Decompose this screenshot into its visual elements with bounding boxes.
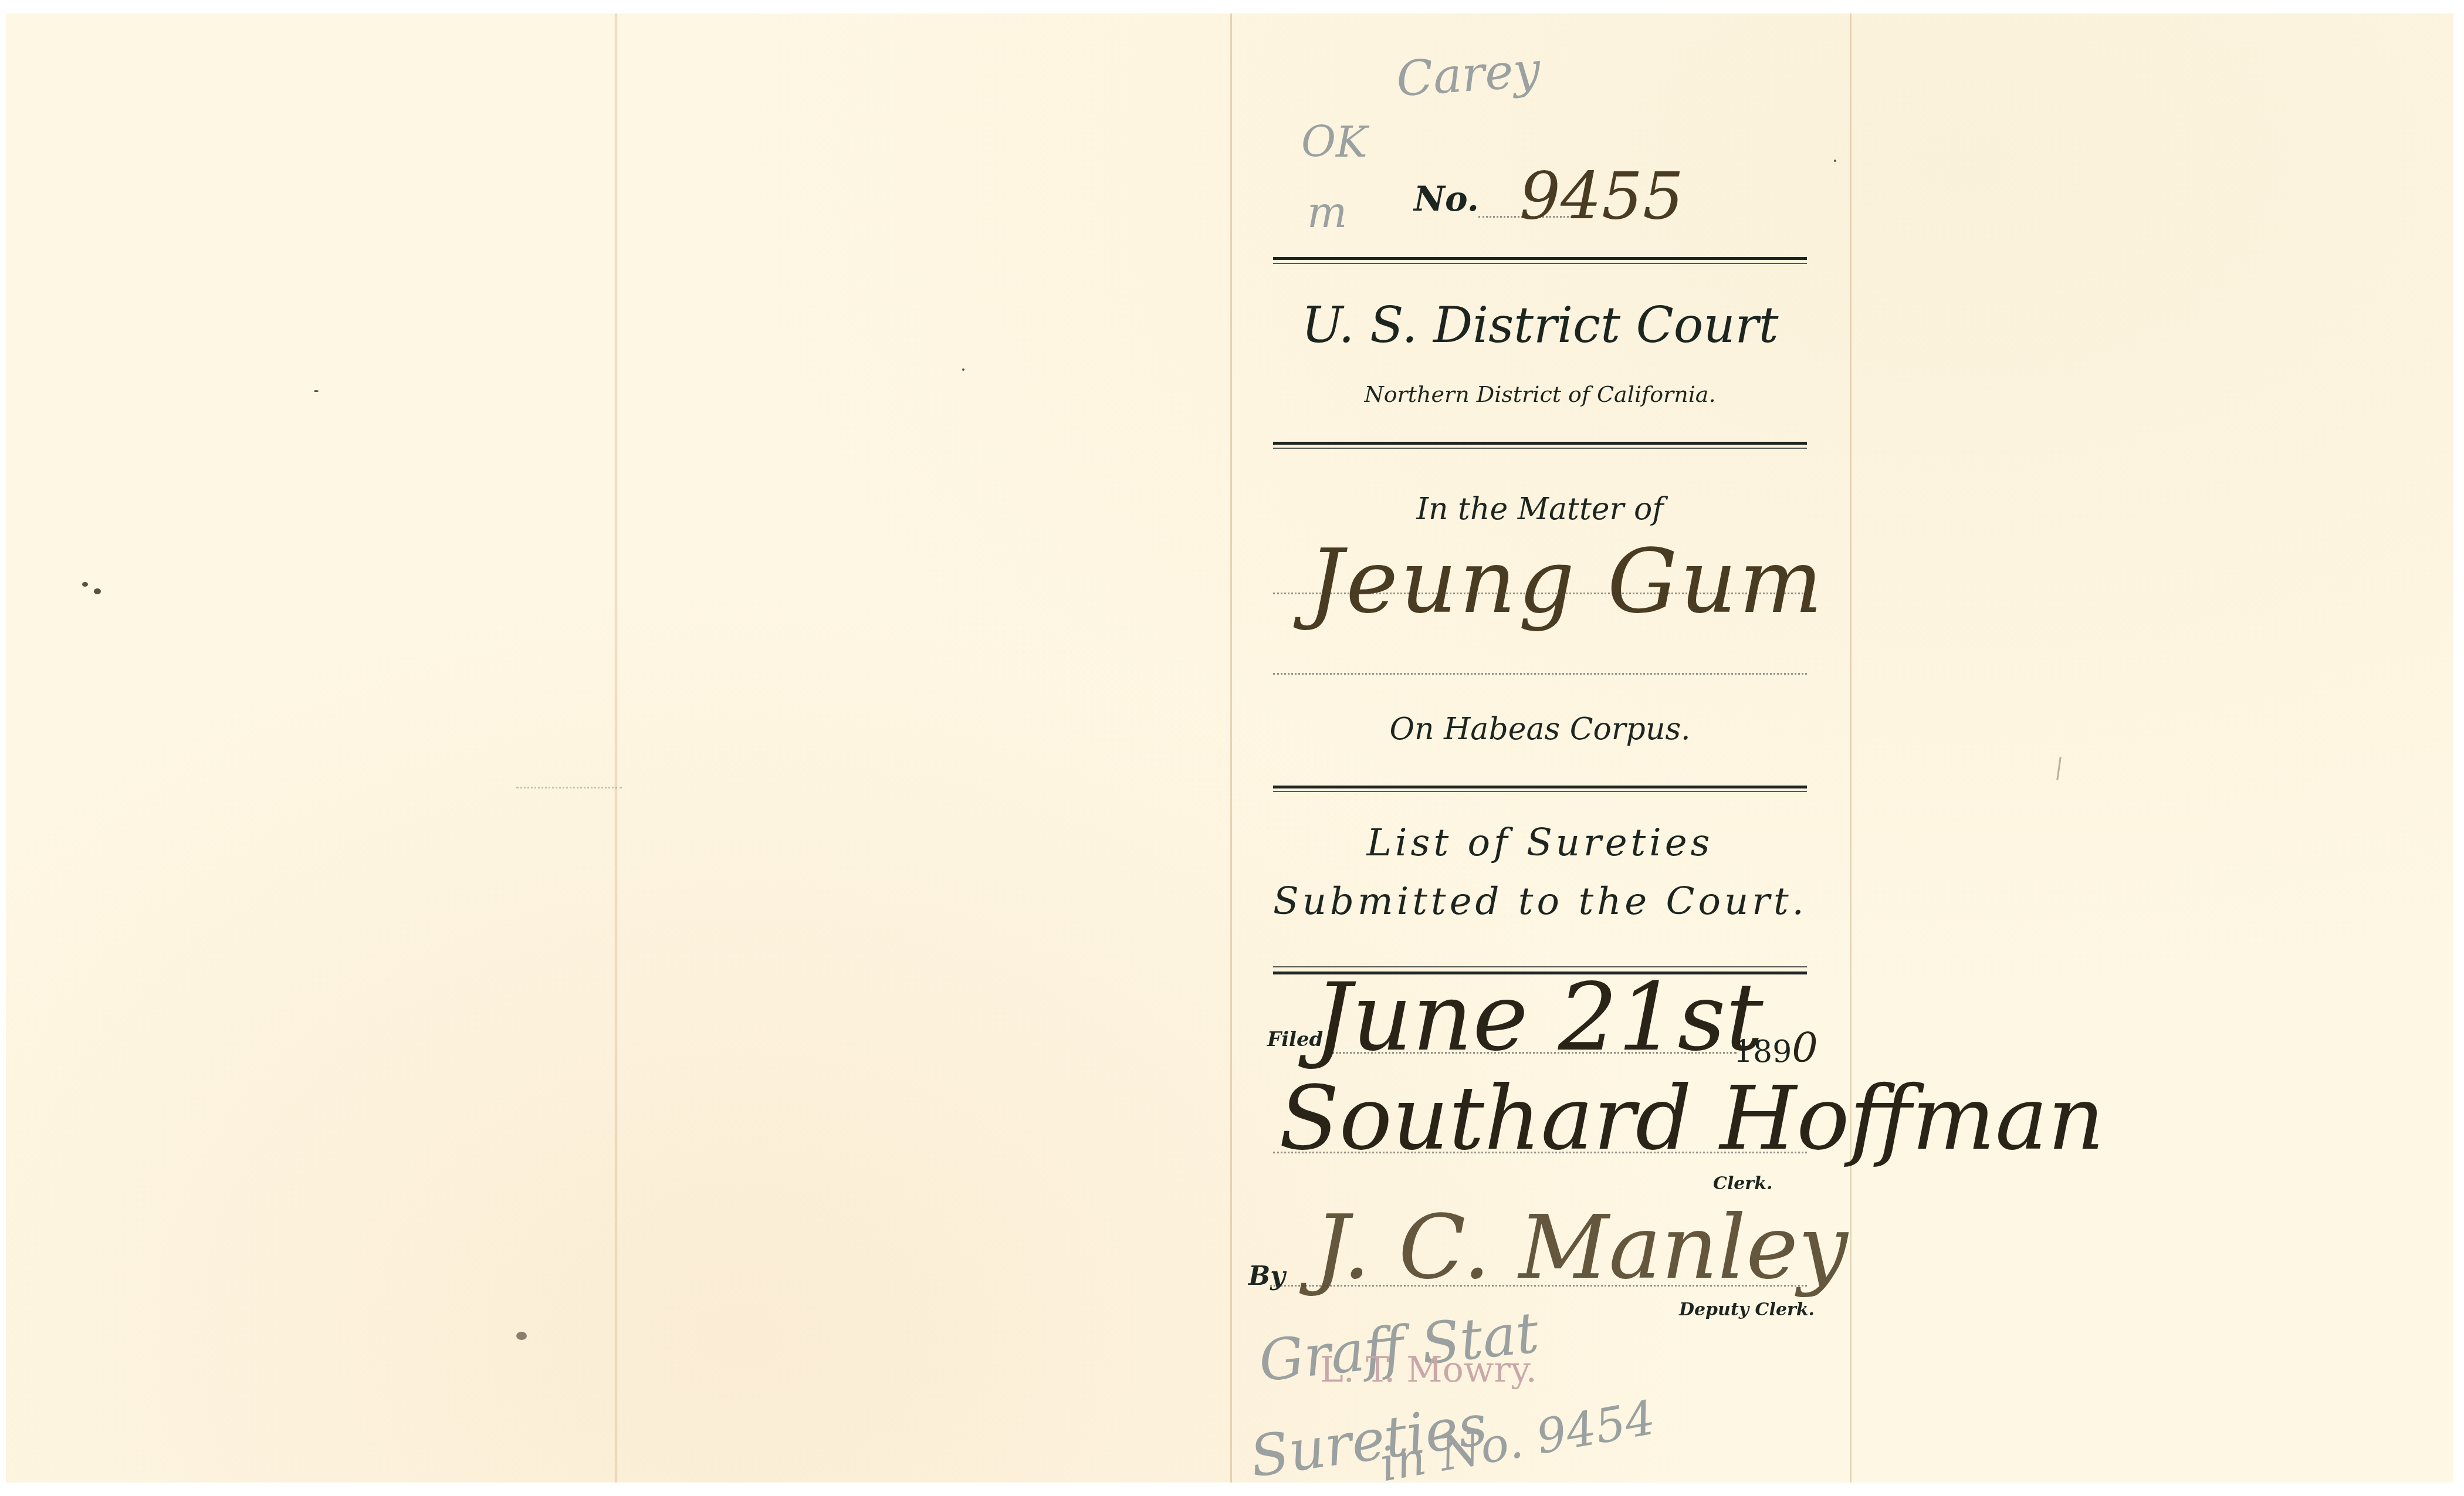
filed-year-handwritten: 0 — [1792, 1024, 1818, 1072]
party-name-line-1 — [1273, 593, 1807, 594]
pencil-name-annotation: Carey — [1395, 42, 1542, 108]
fold-line-2 — [1230, 13, 1232, 1483]
stain-speck — [1834, 160, 1836, 162]
court-title: U. S. District Court — [1273, 296, 1807, 354]
stain-speck — [516, 1332, 527, 1340]
rule — [1273, 263, 1807, 264]
stain-speck — [314, 390, 319, 392]
pencil-ok-mark: OK — [1301, 117, 1368, 167]
document-paper — [6, 13, 2453, 1483]
rule — [1273, 257, 1807, 260]
stain-speck — [82, 582, 88, 587]
filed-date-handwritten: June 21st — [1314, 962, 1764, 1072]
rule — [1273, 442, 1807, 445]
rule — [1273, 448, 1807, 449]
faint-dotted-mark — [516, 787, 622, 788]
court-district: Northern District of California. — [1273, 381, 1807, 407]
document-title-line-2: Submitted to the Court. — [1273, 880, 1807, 923]
clerk-signature: Southard Hoffman — [1279, 1068, 2104, 1170]
party-name-line-2 — [1273, 673, 1807, 675]
case-number-label: No. — [1414, 179, 1479, 219]
stain-speck — [94, 588, 101, 594]
by-label: By — [1248, 1261, 1285, 1291]
filed-year-printed: 189 — [1734, 1034, 1792, 1069]
stamp-name: L. T. Mowry. — [1320, 1349, 1537, 1390]
party-name-handwritten: Jeung Gum — [1308, 531, 1825, 633]
document-title-line-1: List of Sureties — [1273, 821, 1807, 865]
stain-speck — [962, 368, 964, 371]
deputy-clerk-label: Deputy Clerk. — [1679, 1299, 1815, 1320]
pencil-initial-mark: m — [1307, 188, 1347, 237]
rule — [1273, 791, 1807, 792]
proceeding-type: On Habeas Corpus. — [1273, 712, 1807, 747]
fold-line-3 — [1850, 13, 1852, 1483]
clerk-label: Clerk. — [1713, 1173, 1772, 1194]
filed-year: 1890 — [1734, 1024, 1818, 1072]
fold-line-1 — [614, 13, 618, 1483]
rule — [1273, 786, 1807, 788]
deputy-signature: J. C. Manley — [1314, 1197, 1848, 1299]
matter-label: In the Matter of — [1273, 492, 1807, 527]
case-number-value: 9455 — [1519, 158, 1684, 233]
clerk-signature-line — [1273, 1152, 1807, 1153]
